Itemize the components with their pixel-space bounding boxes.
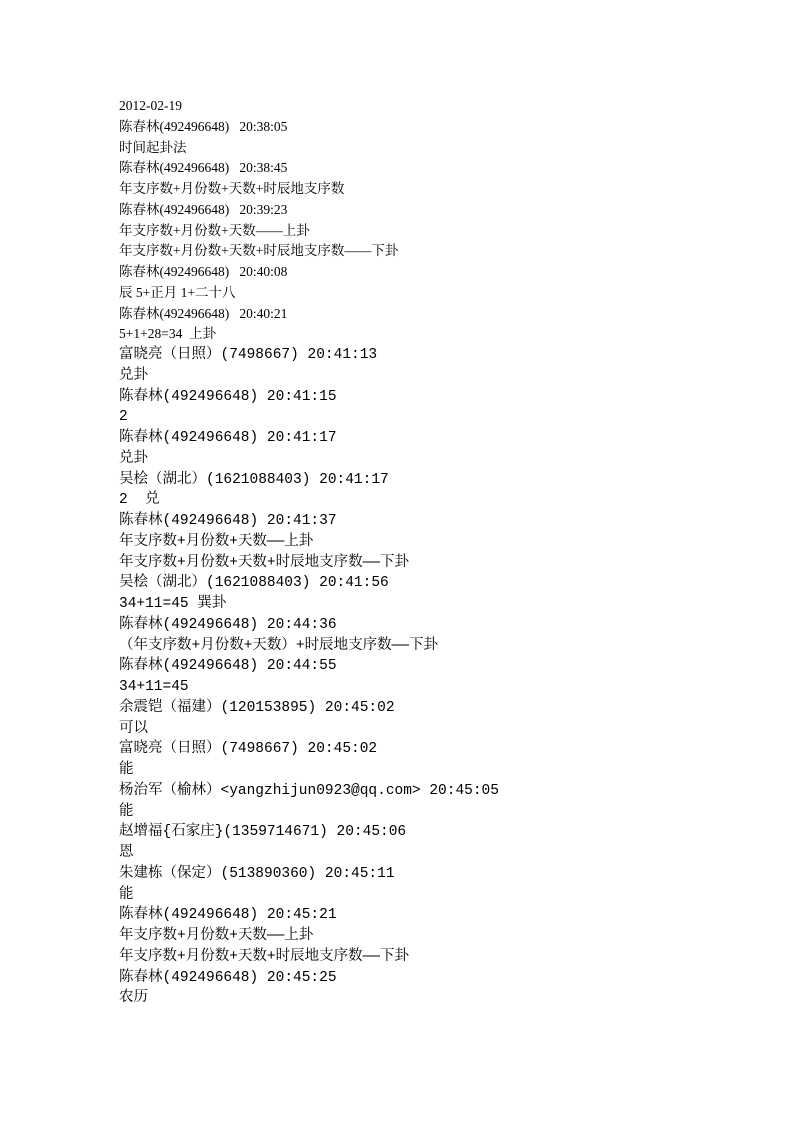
message-header: 陈春林(492496648) 20:38:05 [119,117,719,138]
message-body: 能 [119,802,719,823]
message-body: 年支序数+月份数+天数+时辰地支序数——下卦 [119,241,719,262]
message-body: 兑卦 [119,366,719,387]
message-body: 年支序数+月份数+天数——上卦 [119,926,719,947]
message-header: 余震铠（福建）(120153895) 20:45:02 [119,698,719,719]
date-heading: 2012-02-19 [119,96,719,117]
message-body: 辰 5+正月 1+二十八 [119,283,719,304]
message-header: 杨治军（榆林）<yangzhijun0923@qq.com> 20:45:05 [119,781,719,802]
message-body: 农历 [119,988,719,1009]
message-header: 朱建栋（保定）(513890360) 20:45:11 [119,864,719,885]
message-body: （年支序数+月份数+天数）+时辰地支序数——下卦 [119,636,719,657]
chat-log-document: 2012-02-19 陈春林(492496648) 20:38:05 时间起卦法… [119,96,719,1009]
message-body: 2 兑 [119,490,719,511]
message-body: 可以 [119,719,719,740]
message-body: 2 [119,407,719,428]
message-header: 富晓亮（日照）(7498667) 20:41:13 [119,345,719,366]
message-body: 能 [119,885,719,906]
message-body: 年支序数+月份数+天数+时辰地支序数——下卦 [119,553,719,574]
message-body: 恩 [119,843,719,864]
message-body: 年支序数+月份数+天数+时辰地支序数 [119,179,719,200]
message-header: 陈春林(492496648) 20:45:21 [119,905,719,926]
message-header: 陈春林(492496648) 20:44:55 [119,656,719,677]
message-body: 能 [119,760,719,781]
message-body: 5+1+28=34 上卦 [119,324,719,345]
message-header: 赵增福{石家庄}(1359714671) 20:45:06 [119,822,719,843]
message-body: 时间起卦法 [119,138,719,159]
message-header: 陈春林(492496648) 20:38:45 [119,158,719,179]
message-body: 34+11=45 [119,677,719,698]
message-header: 陈春林(492496648) 20:41:15 [119,387,719,408]
message-header: 陈春林(492496648) 20:40:21 [119,304,719,325]
message-body: 年支序数+月份数+天数——上卦 [119,221,719,242]
message-header: 陈春林(492496648) 20:41:17 [119,428,719,449]
message-header: 陈春林(492496648) 20:44:36 [119,615,719,636]
message-body: 34+11=45 巽卦 [119,594,719,615]
message-body: 兑卦 [119,449,719,470]
message-header: 陈春林(492496648) 20:41:37 [119,511,719,532]
message-header: 陈春林(492496648) 20:45:25 [119,968,719,989]
message-header: 陈春林(492496648) 20:39:23 [119,200,719,221]
message-header: 陈春林(492496648) 20:40:08 [119,262,719,283]
message-header: 吴桧（湖北）(1621088403) 20:41:17 [119,470,719,491]
message-header: 富晓亮（日照）(7498667) 20:45:02 [119,739,719,760]
message-body: 年支序数+月份数+天数+时辰地支序数——下卦 [119,947,719,968]
message-body: 年支序数+月份数+天数——上卦 [119,532,719,553]
message-header: 吴桧（湖北）(1621088403) 20:41:56 [119,573,719,594]
